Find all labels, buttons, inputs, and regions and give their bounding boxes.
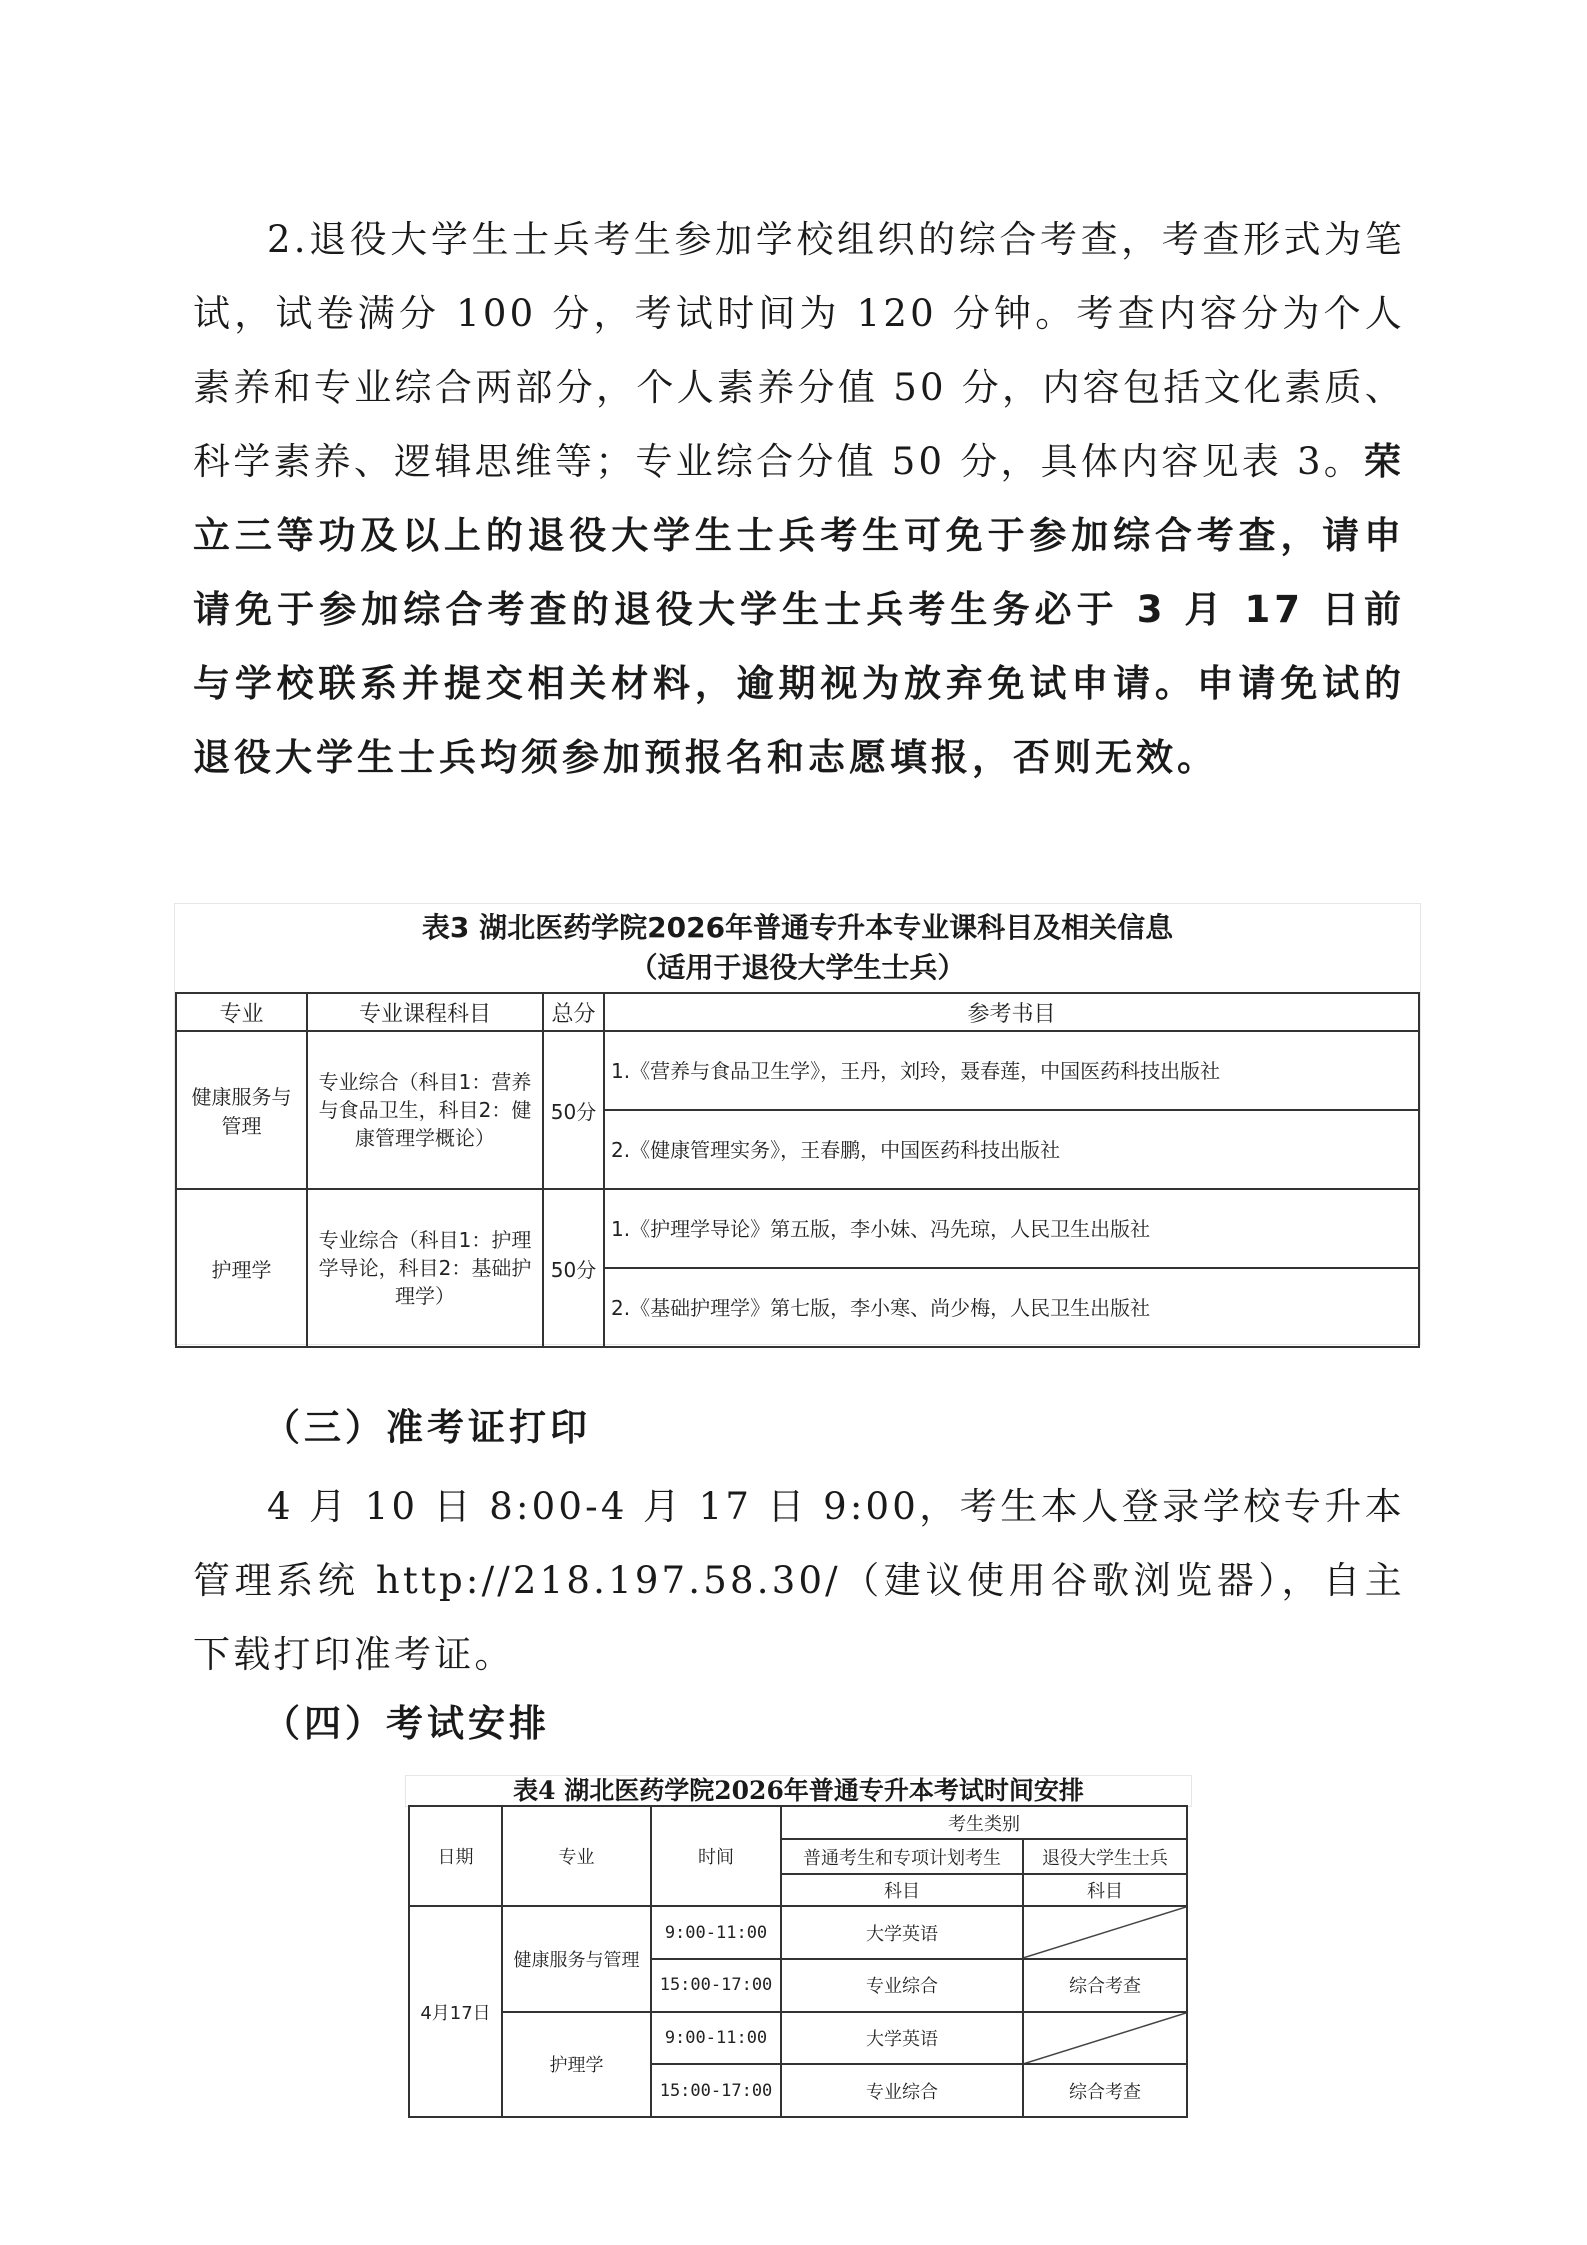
course-cell: 专业综合（科目1：营养与食品卫生，科目2：健康管理学概论） xyxy=(307,1031,543,1189)
table-row: 健康服务与管理 专业综合（科目1：营养与食品卫生，科目2：健康管理学概论） 50… xyxy=(176,1031,1419,1110)
empty-diagonal-cell xyxy=(1023,2012,1187,2065)
subject-regular-cell: 大学英语 xyxy=(781,1906,1023,1959)
table3-header-row: 专业 专业课程科目 总分 参考书目 xyxy=(176,993,1419,1031)
table4-header-subject-regular: 科目 xyxy=(781,1874,1023,1906)
table4-header-regular: 普通考生和专项计划考生 xyxy=(781,1839,1023,1873)
book-cell: 2.《基础护理学》第七版，李小寒、尚少梅，人民卫生出版社 xyxy=(604,1268,1419,1347)
table3-caption: 表3 湖北医药学院2026年普通专升本专业课科目及相关信息 （适用于退役大学生士… xyxy=(175,904,1420,993)
table3-title: 表3 湖北医药学院2026年普通专升本专业课科目及相关信息 xyxy=(175,908,1420,948)
section-3-text: 4 月 10 日 8:00-4 月 17 日 9:00，考生本人登录学校专升本管… xyxy=(193,1470,1405,1692)
time-cell: 15:00-17:00 xyxy=(651,1959,781,2012)
table-row: 4月17日 健康服务与管理 9:00-11:00 大学英语 xyxy=(409,1906,1187,1959)
major-cell: 健康服务与管理 xyxy=(176,1031,307,1189)
empty-diagonal-cell xyxy=(1023,1906,1187,1959)
section-3-heading: （三）准考证打印 xyxy=(263,1397,591,1451)
table-row: 护理学 9:00-11:00 大学英语 xyxy=(409,2012,1187,2065)
table3-header-score: 总分 xyxy=(543,993,604,1031)
table4-header-major: 专业 xyxy=(502,1806,651,1906)
book-cell: 1.《护理学导论》第五版，李小妹、冯先琼，人民卫生出版社 xyxy=(604,1189,1419,1268)
table4-header-veteran: 退役大学生士兵 xyxy=(1023,1839,1187,1873)
table3-header-major: 专业 xyxy=(176,993,307,1031)
subject-veteran-cell: 综合考查 xyxy=(1023,2064,1187,2117)
table3-subtitle: （适用于退役大学生士兵） xyxy=(175,948,1420,988)
major-cell: 护理学 xyxy=(176,1189,307,1347)
table4: 日期 专业 时间 考生类别 普通考生和专项计划考生 退役大学生士兵 科目 科目 … xyxy=(408,1805,1188,2118)
subject-veteran-cell: 综合考查 xyxy=(1023,1959,1187,2012)
table3-container: 表3 湖北医药学院2026年普通专升本专业课科目及相关信息 （适用于退役大学生士… xyxy=(174,903,1421,1345)
diagonal-slash-icon xyxy=(1024,1907,1186,1958)
table3: 专业 专业课程科目 总分 参考书目 健康服务与管理 专业综合（科目1：营养与食品… xyxy=(175,992,1420,1348)
subject-regular-cell: 专业综合 xyxy=(781,1959,1023,2012)
book-cell: 2.《健康管理实务》，王春鹏，中国医药科技出版社 xyxy=(604,1110,1419,1189)
score-cell: 50分 xyxy=(543,1189,604,1347)
table4-container: 表4 湖北医药学院2026年普通专升本考试时间安排 日期 专业 时间 考生类别 … xyxy=(405,1775,1190,2121)
score-cell: 50分 xyxy=(543,1031,604,1189)
time-cell: 9:00-11:00 xyxy=(651,1906,781,1959)
subject-regular-cell: 大学英语 xyxy=(781,2012,1023,2065)
table4-header-category: 考生类别 xyxy=(781,1806,1187,1839)
table4-header-subject-veteran: 科目 xyxy=(1023,1874,1187,1906)
table4-header-time: 时间 xyxy=(651,1806,781,1906)
admission-ticket-text: 4 月 10 日 8:00-4 月 17 日 9:00，考生本人登录学校专升本管… xyxy=(193,1485,1405,1676)
date-cell: 4月17日 xyxy=(409,1906,502,2117)
paragraph-veteran-exam: 2.退役大学生士兵考生参加学校组织的综合考查，考查形式为笔试，试卷满分 100 … xyxy=(193,203,1405,795)
major-cell: 健康服务与管理 xyxy=(502,1906,651,2011)
table-row: 护理学 专业综合（科目1：护理学导论，科目2：基础护理学） 50分 1.《护理学… xyxy=(176,1189,1419,1268)
diagonal-slash-icon xyxy=(1024,2013,1186,2064)
table4-header-date: 日期 xyxy=(409,1806,502,1906)
table4-title: 表4 湖北医药学院2026年普通专升本考试时间安排 xyxy=(405,1775,1192,1807)
table3-header-books: 参考书目 xyxy=(604,993,1419,1031)
time-cell: 15:00-17:00 xyxy=(651,2064,781,2117)
course-cell: 专业综合（科目1：护理学导论，科目2：基础护理学） xyxy=(307,1189,543,1347)
table4-header-row: 日期 专业 时间 考生类别 xyxy=(409,1806,1187,1839)
subject-regular-cell: 专业综合 xyxy=(781,2064,1023,2117)
table3-header-course: 专业课程科目 xyxy=(307,993,543,1031)
time-cell: 9:00-11:00 xyxy=(651,2012,781,2065)
book-cell: 1.《营养与食品卫生学》，王丹，刘玲，聂春莲，中国医药科技出版社 xyxy=(604,1031,1419,1110)
paragraph-bold-notice: 荣立三等功及以上的退役大学生士兵考生可免于参加综合考查，请申请免于参加综合考查的… xyxy=(193,440,1405,779)
major-cell: 护理学 xyxy=(502,2012,651,2117)
section-4-heading: （四）考试安排 xyxy=(263,1693,550,1747)
paragraph-normal-text: 2.退役大学生士兵考生参加学校组织的综合考查，考查形式为笔试，试卷满分 100 … xyxy=(193,218,1405,483)
